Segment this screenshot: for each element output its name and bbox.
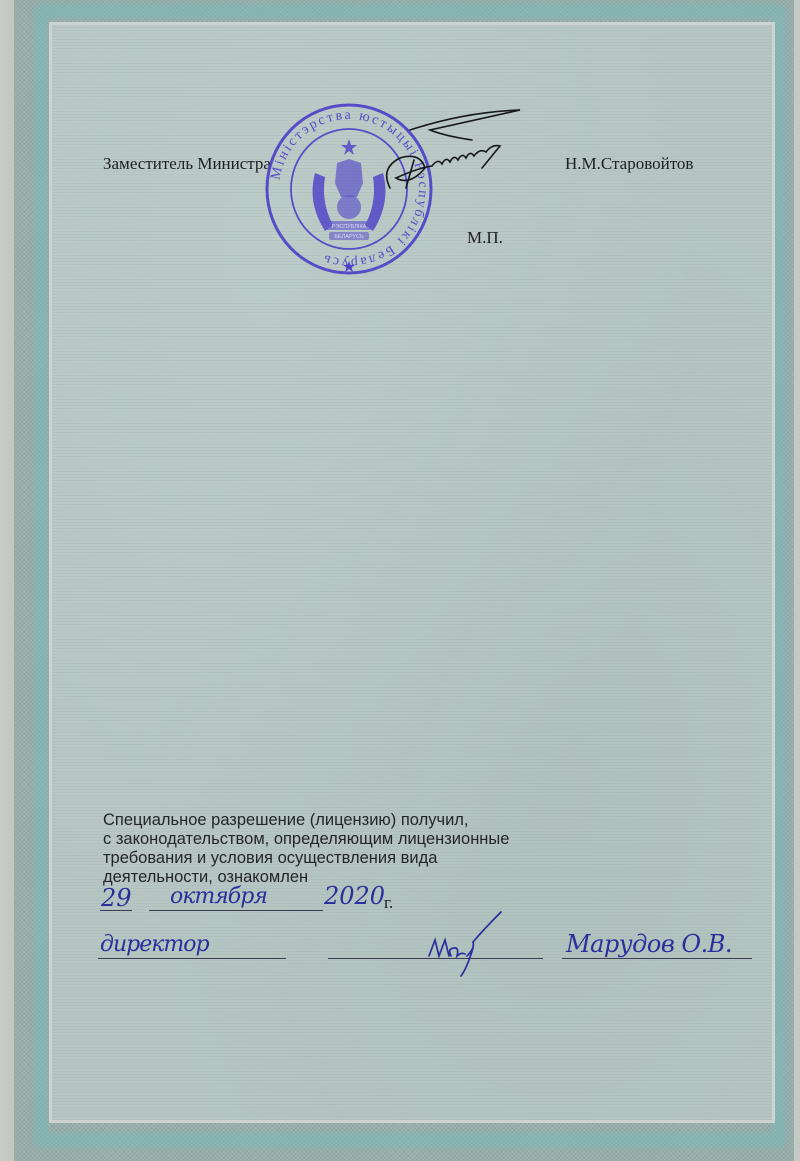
signatory-name: Н.М.Старовойтов: [565, 154, 693, 174]
stamp-inner-text-2: БЕЛАРУСЬ: [334, 234, 364, 240]
handwritten-recipient-name: Марудов О.В.: [566, 930, 732, 958]
acknowledgement-text: Специальное разрешение (лицензию) получи…: [103, 811, 509, 887]
month-underline: [149, 910, 323, 911]
handwritten-position: директор: [100, 932, 209, 957]
acknowledgement-line: деятельности, ознакомлен: [103, 868, 509, 887]
acknowledgement-line: с законодательством, определяющим лиценз…: [103, 830, 509, 849]
signature-underline: [328, 958, 543, 959]
signatory-title: Заместитель Министра: [103, 154, 271, 174]
acknowledgement-line: требования и условия осуществления вида: [103, 849, 509, 868]
handwritten-month: октября: [170, 884, 267, 909]
handwritten-day: 29: [101, 884, 132, 912]
seal-place-label: М.П.: [467, 228, 503, 248]
year-suffix: г.: [384, 893, 393, 913]
handwritten-year: 2020: [324, 882, 385, 910]
position-underline: [98, 958, 286, 959]
official-stamp-icon: Міністэрства юстыцыі Рэспублікі Беларусь…: [263, 103, 435, 275]
name-underline: [562, 958, 752, 959]
acknowledgement-line: Специальное разрешение (лицензию) получи…: [103, 811, 509, 830]
stamp-inner-text-1: РЭСПУБЛІКА: [332, 224, 367, 230]
